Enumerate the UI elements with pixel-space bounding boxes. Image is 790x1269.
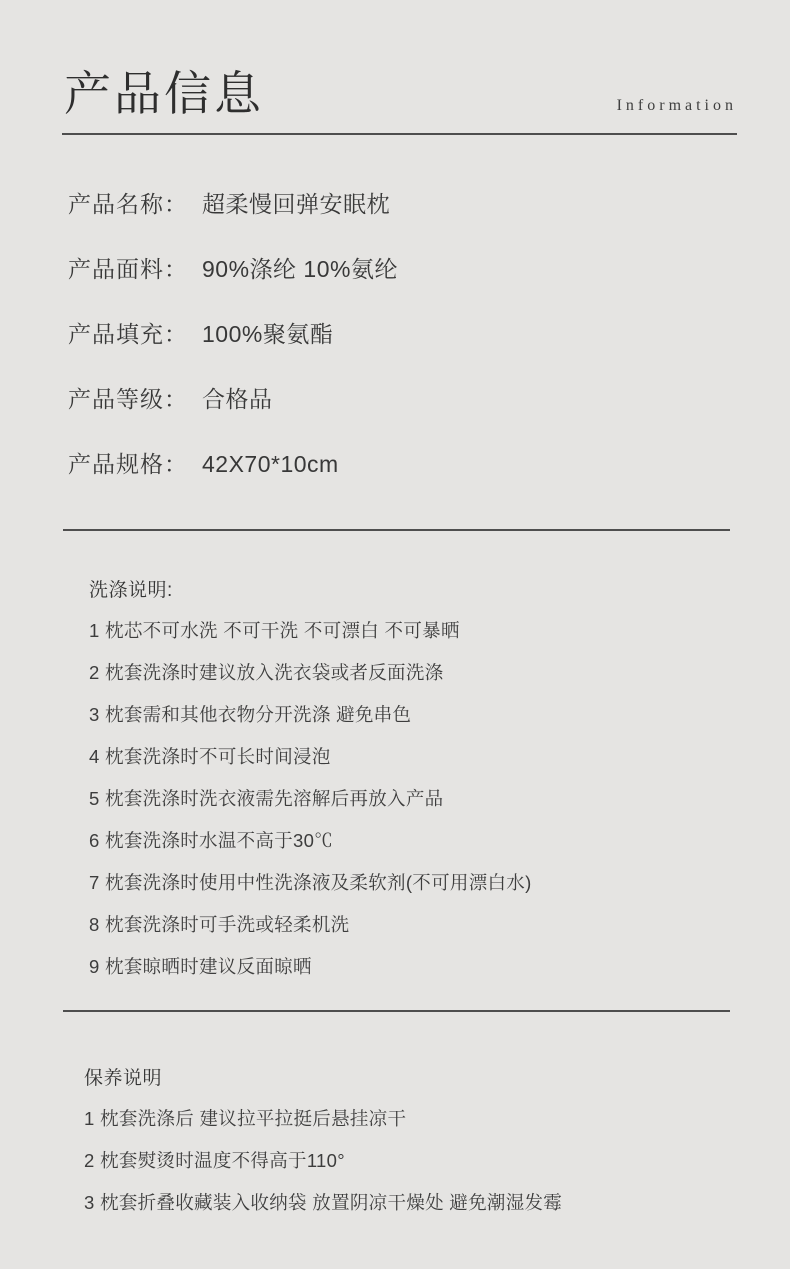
washing-item: 6 枕套洗涤时水温不高于30℃ <box>89 831 750 850</box>
spec-value: 合格品 <box>202 388 273 411</box>
spec-row-fabric: 产品面料： 90%涤纶 10%氨纶 <box>68 258 790 281</box>
page-title: 产品信息 <box>64 70 264 117</box>
spacer <box>0 476 790 529</box>
spec-row-name: 产品名称： 超柔慢回弹安眠枕 <box>68 193 790 216</box>
care-item: 1 枕套洗涤后 建议拉平拉挺后悬挂凉干 <box>84 1109 750 1128</box>
spec-label: 产品名称： <box>68 193 202 216</box>
spec-list: 产品名称： 超柔慢回弹安眠枕 产品面料： 90%涤纶 10%氨纶 产品填充： 1… <box>0 193 790 476</box>
spec-value: 100%聚氨酯 <box>202 323 333 346</box>
spec-row-filling: 产品填充： 100%聚氨酯 <box>68 323 790 346</box>
spec-value: 超柔慢回弹安眠枕 <box>202 193 390 216</box>
washing-item: 4 枕套洗涤时不可长时间浸泡 <box>89 747 750 766</box>
spec-label: 产品规格： <box>68 453 202 476</box>
washing-heading: 洗涤说明: <box>89 581 750 600</box>
care-item: 3 枕套折叠收藏装入收纳袋 放置阴凉干燥处 避免潮湿发霉 <box>84 1193 750 1212</box>
header-subtitle: Information <box>617 97 737 117</box>
spec-label: 产品面料： <box>68 258 202 281</box>
spacer <box>0 976 790 1010</box>
care-section: 保养说明 1 枕套洗涤后 建议拉平拉挺后悬挂凉干 2 枕套熨烫时温度不得高于11… <box>0 1012 790 1212</box>
spec-label: 产品填充： <box>68 323 202 346</box>
title-divider <box>62 133 737 135</box>
spec-row-grade: 产品等级： 合格品 <box>68 388 790 411</box>
spec-value: 42X70*10cm <box>202 453 339 476</box>
washing-item: 5 枕套洗涤时洗衣液需先溶解后再放入产品 <box>89 789 750 808</box>
washing-item: 7 枕套洗涤时使用中性洗涤液及柔软剂(不可用漂白水) <box>89 873 750 892</box>
washing-item: 1 枕芯不可水洗 不可干洗 不可漂白 不可暴晒 <box>89 621 750 640</box>
washing-item: 3 枕套需和其他衣物分开洗涤 避免串色 <box>89 705 750 724</box>
care-heading: 保养说明 <box>84 1069 750 1088</box>
care-item: 2 枕套熨烫时温度不得高于110° <box>84 1151 750 1170</box>
product-info-page: 产品信息 Information 产品名称： 超柔慢回弹安眠枕 产品面料： 90… <box>0 0 790 1269</box>
washing-item: 9 枕套晾晒时建议反面晾晒 <box>89 957 750 976</box>
header: 产品信息 Information <box>0 0 790 117</box>
washing-section: 洗涤说明: 1 枕芯不可水洗 不可干洗 不可漂白 不可暴晒 2 枕套洗涤时建议放… <box>0 531 790 976</box>
washing-item: 2 枕套洗涤时建议放入洗衣袋或者反面洗涤 <box>89 663 750 682</box>
spec-value: 90%涤纶 10%氨纶 <box>202 258 398 281</box>
spec-row-size: 产品规格： 42X70*10cm <box>68 453 790 476</box>
washing-item: 8 枕套洗涤时可手洗或轻柔机洗 <box>89 915 750 934</box>
spec-label: 产品等级： <box>68 388 202 411</box>
